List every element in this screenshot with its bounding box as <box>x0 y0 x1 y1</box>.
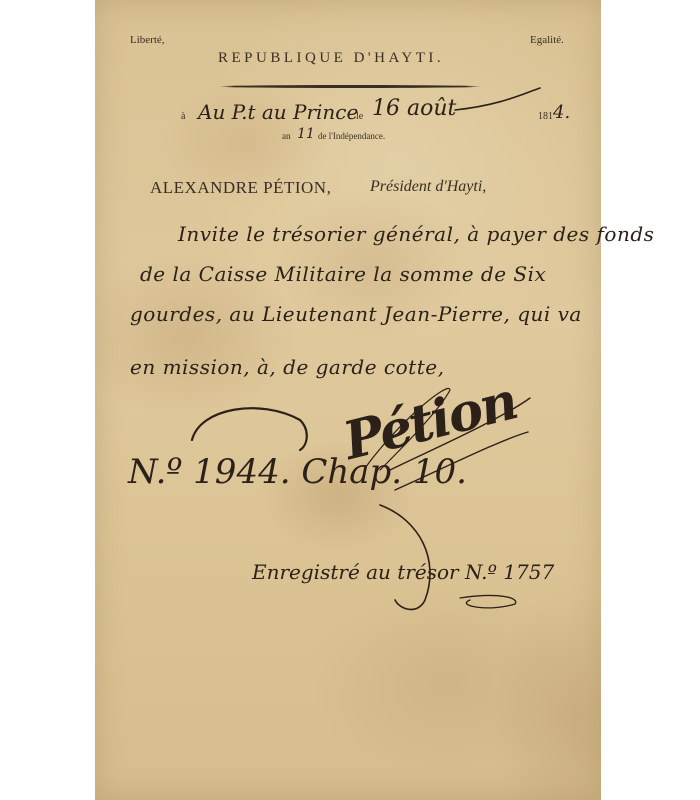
body-line: gourdes, au Lieutenant Jean-Pierre, qui … <box>130 302 582 326</box>
place-handwritten: Au P.t au Prince <box>198 100 358 124</box>
body-line: en mission, à, de garde cotte, <box>130 355 444 379</box>
date-handwritten: 16 août <box>372 96 456 121</box>
treasury-registration: Enregistré au trésor N.º 1757 <box>252 560 554 584</box>
year-printed: 181 <box>538 111 553 122</box>
independence-year-handwritten: 11 <box>297 126 315 142</box>
letterhead-title: REPUBLIQUE D'HAYTI. <box>218 50 444 67</box>
body-line: Invite le trésorier général, à payer des… <box>178 222 654 246</box>
year-handwritten: 4. <box>553 102 570 123</box>
body-line: de la Caisse Militaire la somme de Six <box>140 262 546 286</box>
an-label: an <box>282 131 291 141</box>
letterhead-rule <box>218 85 482 88</box>
place-prefix: à <box>181 111 185 122</box>
independence-label: de l'Indépendance. <box>318 131 385 141</box>
date-le-label: le <box>356 111 363 122</box>
author-title: Président d'Hayti, <box>370 178 486 196</box>
motto-liberte: Liberté, <box>130 34 165 46</box>
document-number: N.º 1944. Chap. 10. <box>128 452 467 492</box>
motto-egalite: Egalité. <box>530 34 564 46</box>
author-name: ALEXANDRE PÉTION, <box>150 178 331 198</box>
